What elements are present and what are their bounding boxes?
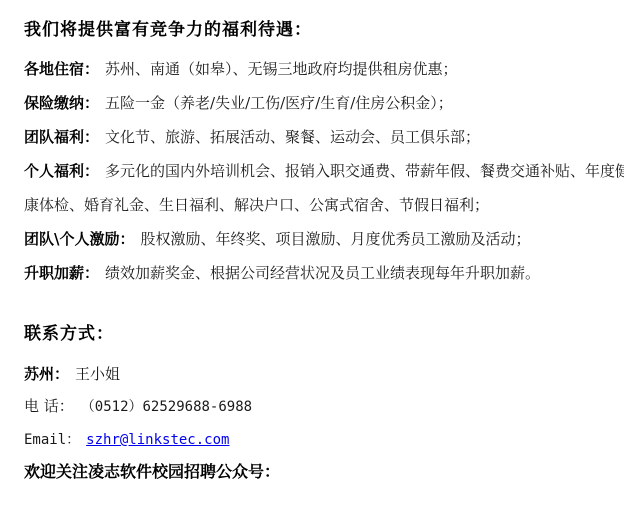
contact-phone-line: 电 话：（0512）62529688-6988 <box>24 390 604 423</box>
benefit-item: 升职加薪：绩效加薪奖金、根据公司经营状况及员工业绩表现每年升职加薪。 <box>24 256 604 290</box>
benefit-text: 五险一金（养老/失业/工伤/医疗/生育/住房公积金）； <box>105 94 453 112</box>
contact-title: 联系方式： <box>24 322 604 346</box>
benefit-text: 股权激励、年终奖、项目激励、月度优秀员工激励及活动； <box>140 230 530 248</box>
email-label: Email： <box>24 432 80 448</box>
benefit-text: 苏州、南通（如皋）、无锡三地政府均提供租房优惠； <box>105 60 458 78</box>
benefit-text: 文化节、旅游、拓展活动、聚餐、运动会、员工俱乐部； <box>105 128 480 146</box>
contact-email-line: Email：szhr@linkstec.com <box>24 423 604 456</box>
phone-label: 电 话： <box>24 397 74 415</box>
benefit-label: 个人福利： <box>24 162 99 180</box>
benefit-text: 多元化的国内外培训机会、报销入职交通费、带薪年假、餐费交通补贴、年度健 <box>105 162 624 180</box>
benefit-item-continuation: 康体检、婚育礼金、生日福利、解决户口、公寓式宿舍、节假日福利； <box>24 188 604 222</box>
benefit-label: 升职加薪： <box>24 264 99 282</box>
contact-city-line: 苏州：王小姐 <box>24 358 604 390</box>
wechat-account-footer: 欢迎关注凌志软件校园招聘公众号： <box>24 456 604 488</box>
benefit-item: 团队福利：文化节、旅游、拓展活动、聚餐、运动会、员工俱乐部； <box>24 120 604 154</box>
benefit-label: 团队福利： <box>24 128 99 146</box>
benefit-label: 保险缴纳： <box>24 94 99 112</box>
benefit-item: 保险缴纳：五险一金（养老/失业/工伤/医疗/生育/住房公积金）； <box>24 86 604 120</box>
benefit-label: 团队\个人激励： <box>24 230 134 248</box>
document-page: 我们将提供富有竞争力的福利待遇： 各地住宿：苏州、南通（如皋）、无锡三地政府均提… <box>0 0 624 505</box>
benefit-text: 康体检、婚育礼金、生日福利、解决户口、公寓式宿舍、节假日福利； <box>24 196 489 214</box>
city-contact-name: 王小姐 <box>75 365 120 383</box>
benefit-label: 各地住宿： <box>24 60 99 78</box>
email-link[interactable]: szhr@linkstec.com <box>86 432 229 448</box>
benefit-text: 绩效加薪奖金、根据公司经营状况及员工业绩表现每年升职加薪。 <box>105 264 540 282</box>
phone-number: （0512）62529688-6988 <box>88 399 252 415</box>
benefit-item: 个人福利：多元化的国内外培训机会、报销入职交通费、带薪年假、餐费交通补贴、年度健 <box>24 154 604 188</box>
benefit-item: 各地住宿：苏州、南通（如皋）、无锡三地政府均提供租房优惠； <box>24 52 604 86</box>
benefits-title: 我们将提供富有竞争力的福利待遇： <box>24 18 604 42</box>
city-label: 苏州： <box>24 365 69 383</box>
benefit-item: 团队\个人激励：股权激励、年终奖、项目激励、月度优秀员工激励及活动； <box>24 222 604 256</box>
